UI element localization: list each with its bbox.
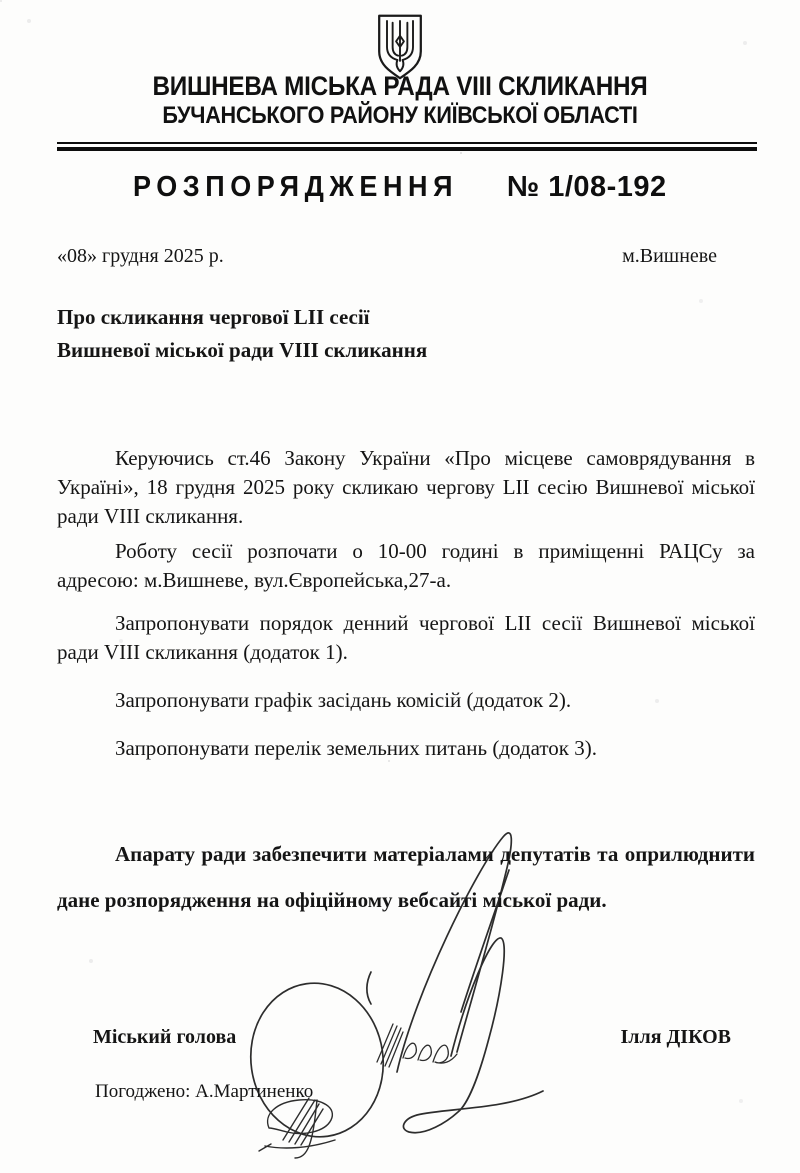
body-paragraph: Запропонувати порядок денний чергової LI… (57, 609, 755, 667)
document-type-label: РОЗПОРЯДЖЕННЯ (133, 171, 458, 204)
signer-name: Ілля ДІКОВ (621, 1026, 732, 1049)
body-paragraph: Запропонувати перелік земельних питань (… (57, 734, 755, 763)
scan-noise (0, 0, 2, 2)
document-place: м.Вишневе (622, 245, 717, 268)
signer-position-title: Міський голова (93, 1026, 236, 1049)
org-name-line1: ВИШНЕВА МІСЬКА РАДА VIII СКЛИКАННЯ (40, 71, 760, 102)
document-date: «08» грудня 2025 р. (57, 245, 224, 268)
subject-line2: Вишневої міської ради VIII скликання (57, 334, 617, 367)
date-place-row: «08» грудня 2025 р. м.Вишневе (57, 245, 717, 268)
document-page: ВИШНЕВА МІСЬКА РАДА VIII СКЛИКАННЯ БУЧАН… (0, 0, 800, 1173)
document-title: РОЗПОРЯДЖЕННЯ № 1/08-192 (0, 171, 800, 204)
body-paragraph: Керуючись ст.46 Закону України «Про місц… (57, 444, 755, 531)
header-divider (57, 142, 757, 151)
body-paragraph: Запропонувати графік засідань комісій (д… (57, 686, 755, 715)
letterhead: ВИШНЕВА МІСЬКА РАДА VIII СКЛИКАННЯ БУЧАН… (0, 71, 800, 130)
org-name-line2: БУЧАНСЬКОГО РАЙОНУ КИЇВСЬКОЇ ОБЛАСТІ (40, 102, 760, 130)
resolution-paragraph: Апарату ради забезпечити матеріалами деп… (57, 831, 755, 923)
document-number: № 1/08-192 (507, 171, 667, 204)
approval-line: Погоджено: А.Мартиненко (95, 1081, 313, 1103)
body-text: Керуючись ст.46 Закону України «Про місц… (57, 444, 755, 763)
subject-line1: Про скликання чергової LII сесії (57, 301, 617, 334)
body-paragraph: Роботу сесії розпочати о 10-00 годині в … (57, 537, 755, 595)
approval-signature-stroke (259, 1098, 335, 1158)
signature-row: Міський голова Ілля ДІКОВ (93, 1026, 731, 1049)
subject-block: Про скликання чергової LII сесії Вишнево… (57, 301, 617, 367)
